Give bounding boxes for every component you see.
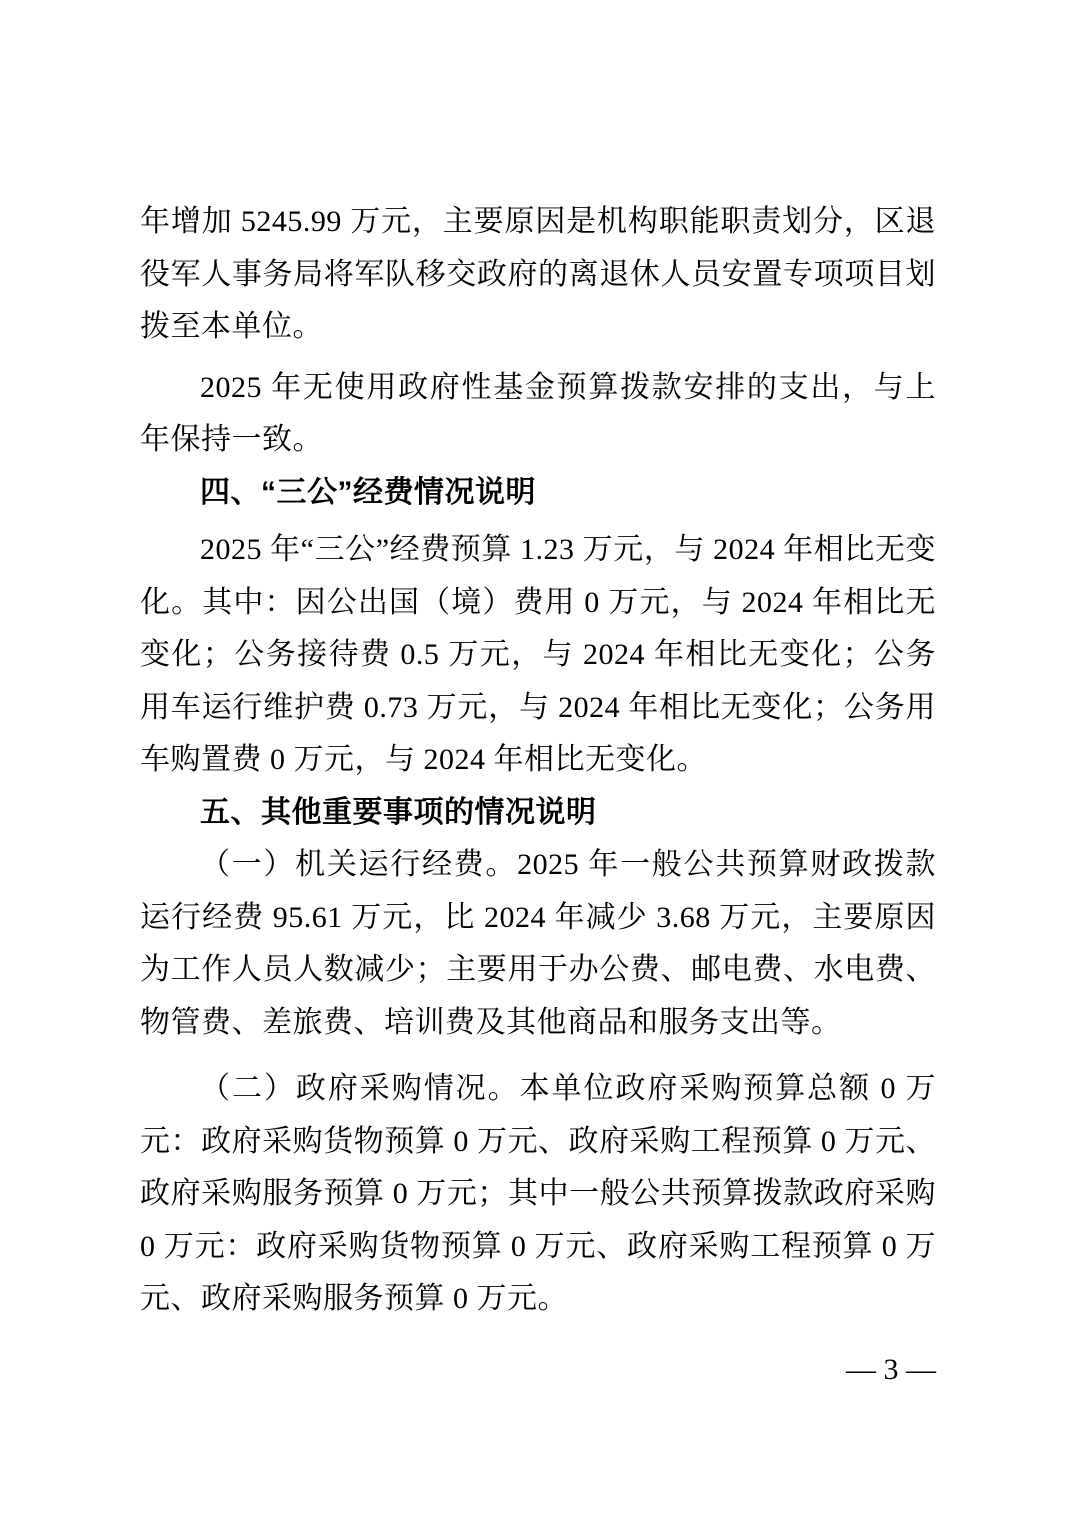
runin-label-agency-operating-expense: （一）机关运行经费。 [200,848,517,881]
document-body: 年增加 5245.99 万元，主要原因是机构职能职责划分，区退役军人事务局将军队… [140,196,936,1326]
paragraph-budget-increase-continuation: 年增加 5245.99 万元，主要原因是机构职能职责划分，区退役军人事务局将军队… [140,196,936,354]
paragraph-three-public-funds: 2025 年“三公”经费预算 1.23 万元，与 2024 年相比无变化。其中：… [140,524,936,787]
page-number: — 3 — [846,1353,936,1386]
paragraph-agency-operating-expense: （一）机关运行经费。2025 年一般公共预算财政拨款运行经费 95.61 万元，… [140,839,936,1049]
document-page: 年增加 5245.99 万元，主要原因是机构职能职责划分，区退役军人事务局将军队… [0,0,1074,1520]
page-footer: — 3 — [140,1344,936,1396]
heading-section-five-other-important-matters: 五、其他重要事项的情况说明 [140,787,936,840]
runin-label-government-procurement: （二）政府采购情况。 [200,1072,520,1105]
paragraph-government-procurement: （二）政府采购情况。本单位政府采购预算总额 0 万元：政府采购货物预算 0 万元… [140,1063,936,1326]
paragraph-government-procurement-text: 本单位政府采购预算总额 0 万元：政府采购货物预算 0 万元、政府采购工程预算 … [140,1072,936,1315]
paragraph-government-fund: 2025 年无使用政府性基金预算拨款安排的支出，与上年保持一致。 [140,362,936,467]
heading-section-four-three-public-funds: 四、“三公”经费情况说明 [140,467,936,520]
